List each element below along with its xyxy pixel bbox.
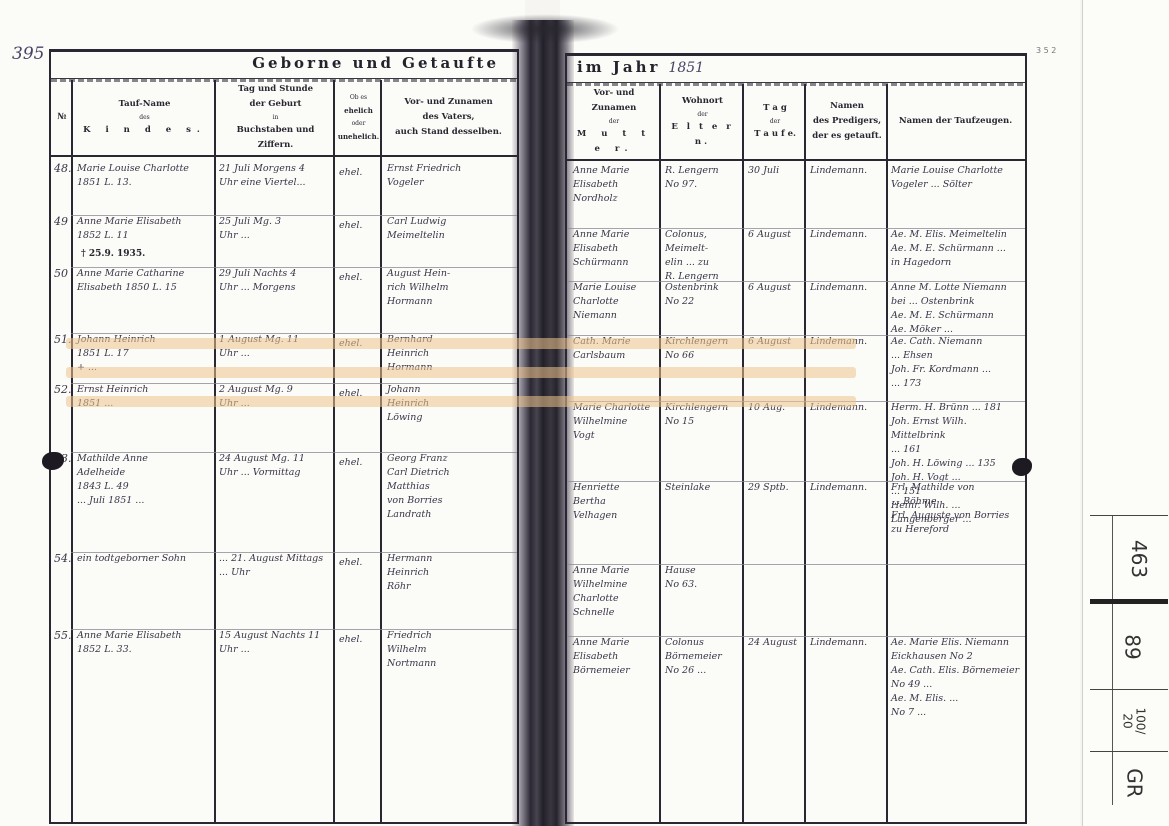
parents-residence: Colonus Börnemeier No 26 ... xyxy=(665,636,741,678)
header-legitimacy: Ob es ehelich oder unehelich. xyxy=(335,80,382,155)
father-name: Carl Ludwig Meimeltelin xyxy=(387,215,513,243)
header-text: der xyxy=(697,109,707,120)
godparents: Ae. Marie Elis. Niemann Eickhausen No 2 … xyxy=(891,636,1023,720)
child-name: Anne Marie Elisabeth 1852 L. 11 xyxy=(77,215,213,243)
baptism-day: 29 Sptb. xyxy=(748,481,804,495)
margin-reference-tabs: 463 89 100/ 20 GR xyxy=(1090,515,1168,815)
entry-number: 49 xyxy=(54,215,72,229)
header-text: ehelich xyxy=(344,103,373,118)
gutter-shadow xyxy=(470,14,620,44)
header-text: Wohnort xyxy=(682,94,723,109)
child-name: Anne Marie Elisabeth 1852 L. 33. xyxy=(77,629,213,657)
parents-residence: Steinlake xyxy=(665,481,741,495)
parents-residence: Colonus, Meimelt- elin ... zu R. Lengern xyxy=(665,228,741,284)
title-band-left: Geborne und Getaufte xyxy=(51,52,517,79)
mother-name: Anne Marie Wilhelmine Charlotte Schnelle xyxy=(573,564,659,620)
header-text: Namen xyxy=(830,99,864,114)
header-residence: Wohnort der E l t e r n. xyxy=(661,84,744,159)
pastor-name: Lindemann. xyxy=(810,228,886,242)
tab-reference: 89 xyxy=(1090,604,1168,689)
entry-number: 48. xyxy=(54,162,72,176)
mother-name: Anne Marie Elisabeth Nordholz xyxy=(573,164,659,206)
parents-residence: R. Lengern No 97. xyxy=(665,164,741,192)
column-divider xyxy=(659,84,661,822)
header-text: auch Stand desselben. xyxy=(395,125,502,140)
header-baptism-day: T a g der T a u f e. xyxy=(744,84,806,159)
highlight-mark xyxy=(66,367,856,378)
father-name: Friedrich Wilhelm Nortmann xyxy=(387,629,513,671)
header-row-left: № Tauf-Name des K i n d e s. Tag und Stu… xyxy=(51,80,517,157)
tab-label: 89 xyxy=(1121,634,1145,659)
father-name: August Hein- rich Wilhelm Hormann xyxy=(387,267,513,309)
child-name: Anne Marie Catharine Elisabeth 1850 L. 1… xyxy=(77,267,213,295)
entry-number: 54. xyxy=(54,552,72,566)
godparents: Marie Louise Charlotte Vogeler ... Sölte… xyxy=(891,164,1023,192)
parents-residence: Ostenbrink No 22 xyxy=(665,281,741,309)
child-name: ein todtgeborner Sohn xyxy=(77,552,213,566)
header-mother: Vor- und Zunamen der M u t t e r. xyxy=(567,84,661,159)
register-left: Geborne und Getaufte № Tauf-Name des K i… xyxy=(49,49,519,824)
pastor-name: Lindemann. xyxy=(810,281,886,295)
column-divider xyxy=(71,80,73,822)
birth-date-time: 29 Juli Nachts 4 Uhr ... Morgens xyxy=(219,267,331,295)
header-text: T a u f e. xyxy=(754,127,796,142)
column-divider xyxy=(333,80,335,822)
godparents: Ae. Cath. Niemann ... Ehsen Joh. Fr. Kor… xyxy=(891,335,1023,391)
legitimacy: ehel. xyxy=(339,219,379,233)
header-text: Vor- und Zunamen xyxy=(404,95,492,110)
header-father: Vor- und Zunamen des Vaters, auch Stand … xyxy=(382,80,515,155)
godparents: Ae. M. Elis. Meimeltelin Ae. M. E. Schür… xyxy=(891,228,1023,270)
father-name: Ernst Friedrich Vogeler xyxy=(387,162,513,190)
father-name: Georg Franz Carl Dietrich Matthias von B… xyxy=(387,452,513,522)
header-birth: Tag und Stunde der Geburt in Buchstaben … xyxy=(216,80,335,155)
godparents: Anne M. Lotte Niemann bei ... Ostenbrink… xyxy=(891,281,1023,337)
register-year-title: im Jahr1851 xyxy=(577,58,704,76)
godparents: Frl. Mathilde von ... Böhme Frl. Auguste… xyxy=(891,481,1023,537)
parents-residence: Hause No 63. xyxy=(665,564,741,592)
birth-date-time: 15 August Nachts 11 Uhr ... xyxy=(219,629,331,657)
father-name: Hermann Heinrich Röhr xyxy=(387,552,513,594)
highlight-mark xyxy=(66,396,856,407)
header-text: K i n d e s. xyxy=(83,123,206,138)
header-number-label: № xyxy=(57,110,66,125)
pastor-name: Lindemann. xyxy=(810,164,886,178)
tab-reference: 463 xyxy=(1090,515,1168,601)
birth-date-time: 25 Juli Mg. 3 Uhr ... xyxy=(219,215,331,243)
year-value: 1851 xyxy=(668,60,704,76)
header-text: Tag und Stunde xyxy=(238,82,313,97)
highlight-mark xyxy=(66,338,856,349)
register-right: im Jahr1851 Vor- und Zunamen der M u t t… xyxy=(565,53,1027,824)
column-divider xyxy=(380,80,382,822)
mother-name: Marie Louise Charlotte Niemann xyxy=(573,281,659,323)
header-text: Ob es xyxy=(350,92,367,103)
header-text: Vor- und Zunamen xyxy=(570,86,658,116)
register-title: Geborne und Getaufte xyxy=(252,54,499,72)
header-row-right: Vor- und Zunamen der M u t t e r. Wohnor… xyxy=(567,84,1025,161)
birth-date-time: 21 Juli Morgens 4 Uhr eine Viertel... xyxy=(219,162,331,190)
baptism-day: 6 August xyxy=(748,281,804,295)
child-name: Marie Louise Charlotte 1851 L. 13. xyxy=(77,162,213,190)
header-text: Tauf-Name xyxy=(119,97,171,112)
corner-mark: 3 5 2 xyxy=(1036,46,1056,55)
entry-number: 55. xyxy=(54,629,72,643)
birth-date-time: 24 August Mg. 11 Uhr ... Vormittag xyxy=(219,452,331,480)
mother-name: Henriette Bertha Velhagen xyxy=(573,481,659,523)
entry-number: 50 xyxy=(54,267,72,281)
baptism-day: 6 August xyxy=(748,228,804,242)
header-text: des xyxy=(139,112,149,123)
entry-number: 52. xyxy=(54,383,72,397)
header-text: oder xyxy=(352,118,366,129)
legitimacy: ehel. xyxy=(339,456,379,470)
header-text: des Vaters, xyxy=(423,110,475,125)
legitimacy: ehel. xyxy=(339,166,379,180)
column-divider xyxy=(804,84,806,822)
pastor-name: Lindemann. xyxy=(810,481,886,495)
header-text: des Predigers, xyxy=(813,114,881,129)
baptism-day: 24 August xyxy=(748,636,804,650)
header-text: der Geburt xyxy=(250,97,302,112)
birth-date-time: ... 21. August Mittags ... Uhr xyxy=(219,552,331,580)
death-note: † 25.9. 1935. xyxy=(81,247,201,261)
tab-reference: GR xyxy=(1090,751,1168,814)
tab-label: 100/ 20 xyxy=(1120,708,1146,735)
header-child-name: Tauf-Name des K i n d e s. xyxy=(73,80,216,155)
header-text: Namen der Taufzeugen. xyxy=(899,114,1012,129)
mother-name: Anne Marie Elisabeth Schürmann xyxy=(573,228,659,270)
page-number: 395 xyxy=(12,44,44,64)
tab-label: GR xyxy=(1123,768,1147,797)
header-godparents: Namen der Taufzeugen. xyxy=(888,84,1023,159)
year-prefix: im Jahr xyxy=(577,58,660,76)
legitimacy: ehel. xyxy=(339,556,379,570)
header-pastor: Namen des Predigers, der es getauft. xyxy=(806,84,888,159)
header-text: der xyxy=(770,116,780,127)
header-text: in xyxy=(273,112,279,123)
mother-name: Marie Charlotte Wilhelmine Vogt xyxy=(573,401,659,443)
header-text: der xyxy=(609,116,619,127)
header-text: T a g xyxy=(763,101,787,116)
pastor-name: Lindemann. xyxy=(810,636,886,650)
header-text: Buchstaben und Ziffern. xyxy=(219,123,332,153)
tab-reference: 100/ 20 xyxy=(1090,689,1168,752)
column-divider xyxy=(742,84,744,822)
header-text: der es getauft. xyxy=(812,129,881,144)
title-band-right: im Jahr1851 xyxy=(567,56,1025,83)
header-text: unehelich. xyxy=(338,129,379,144)
baptism-day: 30 Juli xyxy=(748,164,804,178)
child-name: Mathilde Anne Adelheide 1843 L. 49 ... J… xyxy=(77,452,213,508)
legitimacy: ehel. xyxy=(339,633,379,647)
header-number: № xyxy=(51,80,73,155)
column-divider xyxy=(214,80,216,822)
mother-name: Anne Marie Elisabeth Börnemeier xyxy=(573,636,659,678)
column-divider xyxy=(886,84,888,822)
header-text: E l t e r n. xyxy=(664,120,741,150)
header-text: M u t t e r. xyxy=(570,127,658,157)
legitimacy: ehel. xyxy=(339,271,379,285)
tab-label: 463 xyxy=(1127,539,1151,577)
